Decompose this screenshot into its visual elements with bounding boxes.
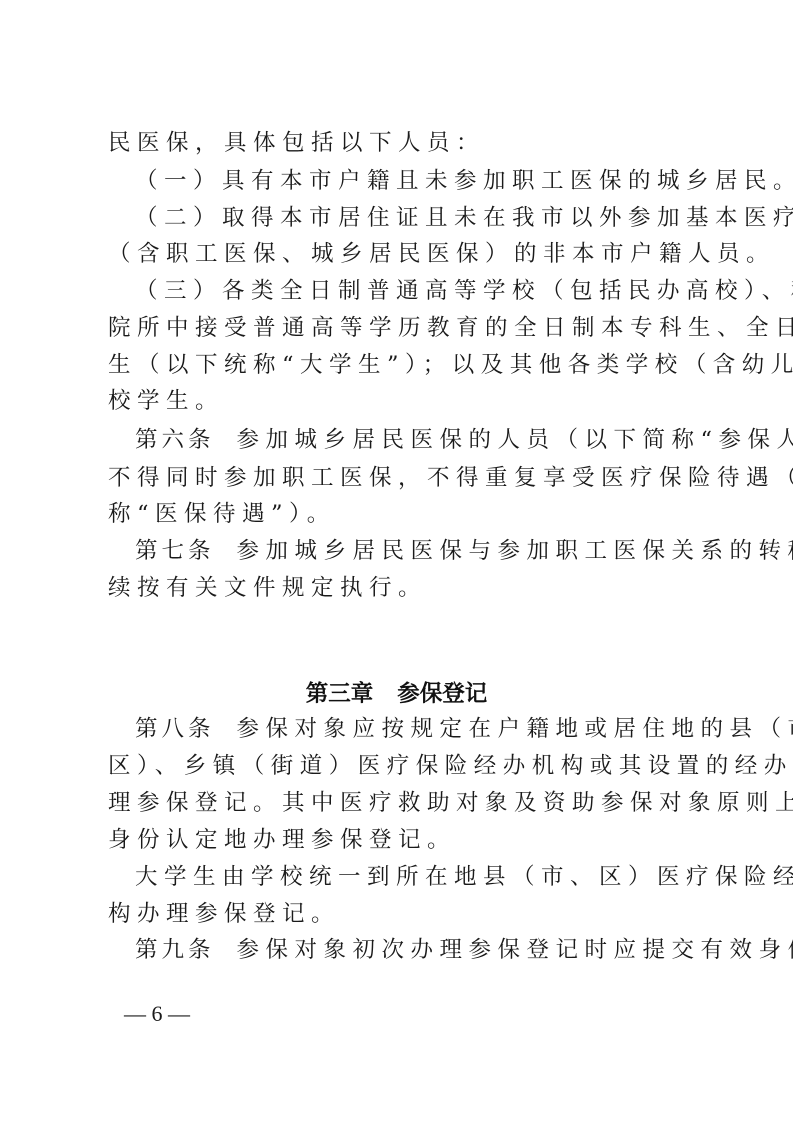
line-text: 参加城乡居民医保与参加职工医保关系的转移接 (237, 538, 793, 564)
line-text: 生（以下统称“大学生”）；以及其他各类学校（含幼儿园）在 (108, 352, 793, 378)
line-text: （三）各类全日制普通高等学校（包括民办高校）、科研 (135, 278, 793, 304)
line-text: 校学生。 (108, 388, 224, 414)
paragraph-line: 身份认定地办理参保登记。 (108, 825, 690, 855)
line-text: （二）取得本市居住证且未在我市以外参加基本医疗保险 (135, 205, 793, 231)
chapter-number: 第三章 (306, 681, 374, 707)
paragraph-line: 理参保登记。其中医疗救助对象及资助参保对象原则上应在其 (108, 788, 690, 818)
article-6: 第六条参加城乡居民医保的人员（以下简称“参保人员”） (135, 425, 690, 455)
paragraph-line: （含职工医保、城乡居民医保）的非本市户籍人员。 (108, 239, 690, 269)
line-text: 不得同时参加职工医保，不得重复享受医疗保险待遇（以下简 (108, 465, 793, 491)
article-number: 第九条 (135, 937, 215, 963)
chapter-title: 参保登记 (397, 681, 487, 707)
list-item-1: （一）具有本市户籍且未参加职工医保的城乡居民。 (135, 166, 690, 196)
list-item-3: （三）各类全日制普通高等学校（包括民办高校）、科研 (135, 276, 690, 306)
document-page: 民医保，具体包括以下人员： （一）具有本市户籍且未参加职工医保的城乡居民。 （二… (0, 0, 793, 1122)
paragraph-line: 民医保，具体包括以下人员： (108, 128, 690, 158)
line-text: 院所中接受普通高等学历教育的全日制本专科生、全日制研究 (108, 315, 793, 341)
page-number: — 6 — (124, 1000, 190, 1028)
list-item-2: （二）取得本市居住证且未在我市以外参加基本医疗保险 (135, 203, 690, 233)
line-text: 构办理参保登记。 (108, 901, 340, 927)
paragraph-line: 生（以下统称“大学生”）；以及其他各类学校（含幼儿园）在 (108, 350, 690, 380)
paragraph-line: 院所中接受普通高等学历教育的全日制本专科生、全日制研究 (108, 313, 690, 343)
article-9: 第九条参保对象初次办理参保登记时应提交有效身份证 (135, 935, 690, 965)
article-7: 第七条参加城乡居民医保与参加职工医保关系的转移接 (135, 536, 690, 566)
line-text: 民医保，具体包括以下人员： (108, 130, 485, 156)
article-8: 第八条参保对象应按规定在户籍地或居住地的县（市、 (135, 714, 690, 744)
line-text: （一）具有本市户籍且未参加职工医保的城乡居民。 (135, 168, 793, 194)
paragraph-line: 大学生由学校统一到所在地县（市、区）医疗保险经办机 (135, 862, 690, 892)
line-text: 理参保登记。其中医疗救助对象及资助参保对象原则上应在其 (108, 790, 793, 816)
paragraph-line: 区）、乡镇（街道）医疗保险经办机构或其设置的经办网点办 (108, 751, 690, 781)
line-text: （含职工医保、城乡居民医保）的非本市户籍人员。 (108, 241, 775, 267)
article-number: 第七条 (135, 538, 215, 564)
line-text: 身份认定地办理参保登记。 (108, 827, 456, 853)
article-number: 第八条 (135, 716, 215, 742)
line-text: 参保对象初次办理参保登记时应提交有效身份证 (237, 937, 793, 963)
paragraph-line: 称“医保待遇”）。 (108, 499, 690, 529)
chapter-heading: 第三章参保登记 (0, 678, 793, 710)
paragraph-line: 续按有关文件规定执行。 (108, 573, 690, 603)
line-text: 大学生由学校统一到所在地县（市、区）医疗保险经办机 (135, 864, 793, 890)
paragraph-line: 不得同时参加职工医保，不得重复享受医疗保险待遇（以下简 (108, 463, 690, 493)
article-number: 第六条 (135, 427, 215, 453)
line-text: 称“医保待遇”）。 (108, 501, 336, 527)
line-text: 区）、乡镇（街道）医疗保险经办机构或其设置的经办网点办 (108, 753, 793, 779)
line-text: 续按有关文件规定执行。 (108, 575, 427, 601)
paragraph-line: 校学生。 (108, 386, 690, 416)
paragraph-line: 构办理参保登记。 (108, 899, 690, 929)
line-text: 参加城乡居民医保的人员（以下简称“参保人员”） (237, 427, 793, 453)
line-text: 参保对象应按规定在户籍地或居住地的县（市、 (237, 716, 793, 742)
